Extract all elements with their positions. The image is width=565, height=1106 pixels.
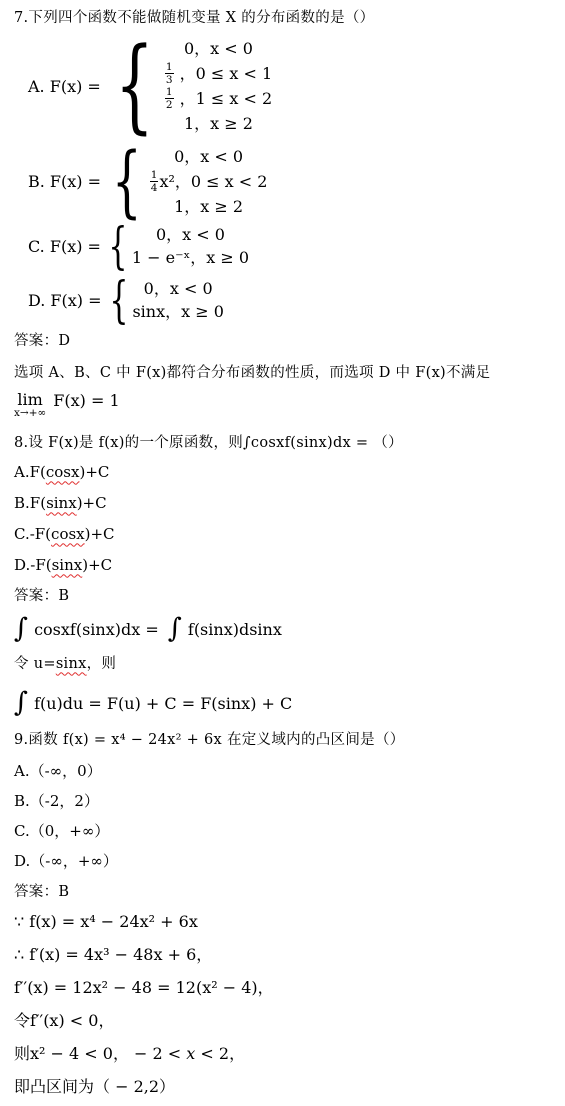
document-page: 7.下列四个函数不能做随机变量 X 的分布函数的是（） A. F(x) = { … (0, 0, 565, 1106)
left-brace: { (112, 147, 142, 217)
q9-work-line-4: 令f′′(x) < 0， (14, 1011, 555, 1031)
q9-option-a: A.（-∞，0） (14, 762, 555, 780)
q7-option-a-cases: 0，x < 0 13 ，0 ≤ x < 1 12 ，1 ≤ x < 2 1，x … (165, 36, 272, 136)
q7-option-d-cases: 0，x < 0 sinx，x ≥ 0 (132, 277, 223, 323)
q9-option-c: C.（0，+∞） (14, 822, 555, 840)
fraction: 13 (165, 61, 174, 86)
integral-sign: ∫ (168, 615, 182, 642)
q7-explanation: 选项 A、B、C 中 F(x)都符合分布函数的性质，而选项 D 中 F(x)不满… (14, 363, 555, 383)
q7-option-c: C. F(x) = { 0，x < 0 1 − e⁻ˣ，x ≥ 0 (14, 223, 555, 269)
q7-answer: 答案：D (14, 331, 555, 351)
spellcheck-word: cosx (51, 525, 85, 543)
fraction: 14 (150, 169, 159, 194)
q9-answer: 答案：B (14, 882, 555, 902)
q7-option-a: A. F(x) = { 0，x < 0 13 ，0 ≤ x < 1 12 ，1 … (14, 36, 555, 136)
integral-sign: ∫ (14, 615, 28, 642)
q9-work-line-2: ∴ f′(x) = 4x³ − 48x + 6， (14, 945, 555, 965)
italic-variable: x (186, 1044, 195, 1063)
q8-option-c: C.-F(cosx)+C (14, 525, 555, 543)
q7-option-d-label: D. F(x) = (28, 291, 107, 310)
case-row: 0，x < 0 (156, 223, 225, 246)
case-row: 1，x ≥ 2 (174, 194, 243, 219)
spellcheck-word: sinx (46, 494, 77, 512)
case-row: 14x²，0 ≤ x < 2 (150, 169, 268, 194)
q8-option-b: B.F(sinx)+C (14, 494, 555, 512)
fraction: 12 (165, 86, 174, 111)
q7-option-b: B. F(x) = { 0，x < 0 14x²，0 ≤ x < 2 1，x ≥… (14, 144, 555, 219)
case-row: 13 ，0 ≤ x < 1 (165, 61, 272, 86)
q9-work-line-1: ∵ f(x) = x⁴ − 24x² + 6x (14, 912, 555, 932)
case-row: 0，x < 0 (144, 277, 213, 300)
q7-limit-line: lim x→+∞ F(x) = 1 (14, 391, 555, 423)
q8-work-substitution: 令 u=sinx，则 (14, 654, 555, 674)
case-row: 1，x ≥ 2 (184, 111, 253, 136)
q9-work-line-5: 则x² − 4 < 0， − 2 < x < 2， (14, 1044, 555, 1064)
spellcheck-word: sinx (56, 656, 87, 672)
q9-work-line-6: 即凸区间为（ − 2,2） (14, 1077, 555, 1097)
q7-option-b-cases: 0，x < 0 14x²，0 ≤ x < 2 1，x ≥ 2 (150, 144, 268, 219)
q8-title: 8.设 F(x)是 f(x)的一个原函数，则∫cosxf(sinx)dx = （… (14, 433, 555, 453)
q7-title: 7.下列四个函数不能做随机变量 X 的分布函数的是（） (14, 8, 555, 28)
left-brace: { (115, 40, 154, 132)
q8-work-integral-2: ∫ f(u)du = F(u) + C = F(sinx) + C (14, 686, 555, 720)
left-brace: { (109, 278, 128, 323)
spellcheck-word: sinx (52, 556, 83, 574)
spellcheck-word: cosx (46, 463, 80, 481)
q9-option-d: D.（-∞，+∞） (14, 852, 555, 870)
q9-title: 9.函数 f(x) = x⁴ − 24x² + 6x 在定义域内的凸区间是（） (14, 730, 555, 750)
case-row: 12 ，1 ≤ x < 2 (165, 86, 272, 111)
case-row: 0，x < 0 (184, 36, 253, 61)
limit-expression: F(x) = 1 (53, 391, 119, 411)
q7-option-a-label: A. F(x) = (28, 77, 106, 96)
left-brace: { (108, 224, 127, 269)
q7-option-c-label: C. F(x) = (28, 237, 106, 256)
q7-option-b-label: B. F(x) = (28, 172, 106, 191)
q8-answer: 答案：B (14, 586, 555, 606)
case-row: 0，x < 0 (174, 144, 243, 169)
q8-option-d: D.-F(sinx)+C (14, 556, 555, 574)
limit-operator: lim x→+∞ (14, 391, 46, 419)
q9-option-b: B.（-2，2） (14, 792, 555, 810)
q9-work-line-3: f′′(x) = 12x² − 48 = 12(x² − 4)， (14, 978, 555, 998)
case-row: 1 − e⁻ˣ，x ≥ 0 (132, 246, 249, 269)
case-row: sinx，x ≥ 0 (132, 300, 223, 323)
q7-option-d: D. F(x) = { 0，x < 0 sinx，x ≥ 0 (14, 277, 555, 323)
q7-option-c-cases: 0，x < 0 1 − e⁻ˣ，x ≥ 0 (132, 223, 249, 269)
q8-work-integral-1: ∫ cosxf(sinx)dx = ∫ f(sinx)dsinx (14, 612, 555, 646)
integral-sign: ∫ (14, 689, 28, 716)
q8-option-a: A.F(cosx)+C (14, 463, 555, 481)
